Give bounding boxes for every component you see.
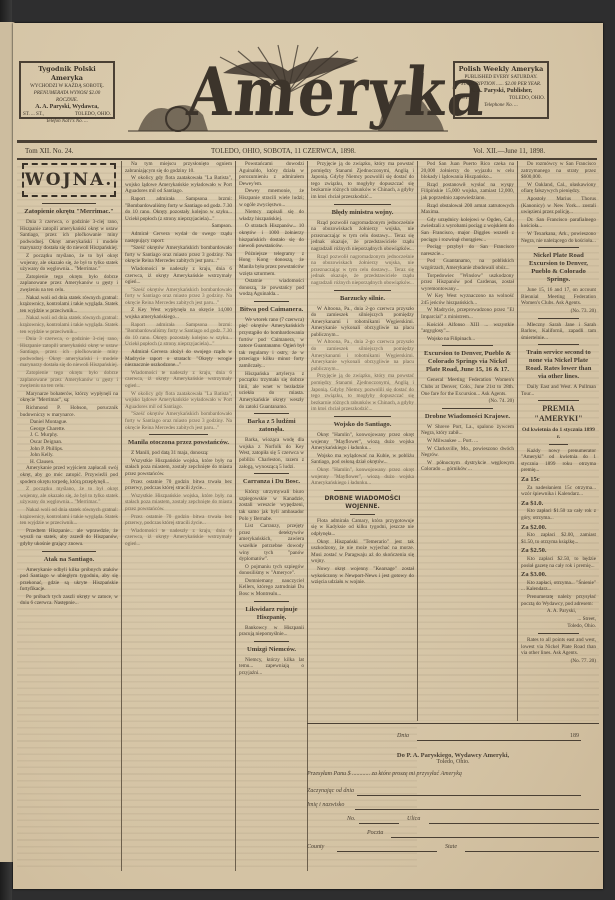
premium-closing: Prenumeratę należy przysyłać pocztą do W… <box>521 594 596 607</box>
article-paragraph: Raport admirała Sampsona brzmi: "Bombard… <box>125 196 232 222</box>
premium-price-label: Za 15c <box>521 477 596 484</box>
article-headline: Bitwa pod Caimanera. <box>239 306 304 314</box>
article-paragraph: O stratach Hiszpanów... 10 okrętów i 100… <box>239 223 304 249</box>
premium-address-city: Toledo, Ohio. <box>521 623 596 630</box>
article-paragraph: Nowy okręt wojenny "Kearsage" został wyk… <box>311 566 414 586</box>
form-number-field[interactable] <box>359 823 399 824</box>
article-paragraph: Wojsko ma wylądować na Kubie, w pobliżu … <box>311 453 414 466</box>
article-paragraph: "Sześć okrętów Amerykańskich bombardował… <box>125 411 232 431</box>
article-headline: Barzucky silnie. <box>311 295 414 303</box>
article-paragraph: Wiadomości te nadeszły z kraju, dnia 6 c… <box>125 370 232 390</box>
separator <box>254 473 290 474</box>
column-2: Na tym miejscu przysłonięto ogniem zabra… <box>121 161 235 871</box>
form-amount-line[interactable]: Przesyłam Panu $ ............ za które p… <box>307 771 599 778</box>
newspaper-title: Ameryka <box>184 52 411 133</box>
war-banner: WOJNA. <box>22 163 116 197</box>
article-headline: Manila otoczona przez powstańców. <box>125 439 232 447</box>
separator <box>334 290 391 291</box>
crew-list: Daniel Montague.George Charette.J. C. Mu… <box>20 419 118 465</box>
article-paragraph: Dnia 3 czerwca, o godzinie 3-ciej rano, … <box>20 219 118 252</box>
article-paragraph: Pod Guantanamo, na pobliskich wzgórzach,… <box>421 258 514 271</box>
publisher-phone: Telefon Nat'l's No. ... <box>23 118 111 125</box>
premium-price-text: Kto zapłaci $2.00, zamiast $1.50, to otr… <box>521 532 596 545</box>
article-paragraph: Późniejsze telegramy z Hong Kong donoszą… <box>239 251 304 277</box>
article-paragraph: Ostatnie wiadomości donoszą, że powstańc… <box>239 278 304 298</box>
publisher-street: ... ST., <box>457 95 470 102</box>
article-paragraph: Z Manili, pod datą 31 maja, donoszą: <box>125 450 232 457</box>
premium-price-label: Za $1.0. <box>521 501 596 508</box>
separator <box>334 490 391 491</box>
ad-text: Rates to all points east and west, lowes… <box>521 637 596 657</box>
article-paragraph: Pociąg przybył do San Francisco nareszci… <box>421 244 514 257</box>
article-headline: Zatopienie okrętu "Merrimac." <box>20 208 118 216</box>
column-3: Powstańcami dowodzi Aguinaldo, który dzi… <box>235 161 307 871</box>
separator <box>538 400 579 401</box>
article-paragraph: Dnia 3 czerwca, o godzinie 3-ciej rano, … <box>20 336 118 369</box>
publisher-box-line: WYCHODZI W KAŻDĄ SOBOTĘ. <box>23 83 111 90</box>
form-start-date-label: Zaczynając od dnia <box>307 788 354 794</box>
form-post-label: Poczta <box>367 830 383 836</box>
separator <box>538 344 579 345</box>
form-county-label: County <box>307 844 324 850</box>
article-paragraph: Którzy utrzymywali biuro szpiegowskie w … <box>239 489 304 522</box>
article-paragraph: Pod San Juan Puerto Rico czeka na 20,000… <box>421 161 514 181</box>
separator <box>538 318 579 319</box>
premium-price-label: Za $3.00. <box>521 572 596 579</box>
article-paragraph: Nakaż woli od dnia statek równych gratna… <box>20 507 118 527</box>
separator <box>254 413 290 414</box>
article-paragraph: Mleczny Sarah Jane i Sarah Barlow, Kalif… <box>521 322 596 342</box>
article-headline: Carranza i Du Bosc. <box>239 478 304 486</box>
ad-text: Daily East and West. A Pullman Tour... <box>521 384 596 397</box>
form-name-field[interactable] <box>355 809 599 810</box>
publisher-street: ST. ... ST., <box>23 111 44 118</box>
article-paragraph: Hiszpańska artylerya z początku trzymała… <box>239 371 304 411</box>
publisher-city: TOLEDO, OHIO. <box>75 111 111 118</box>
article-paragraph: Przyjęcie ją do związku, który ma powsta… <box>311 161 414 201</box>
article-paragraph: Domniemany nauczyciel Kellers, którego z… <box>239 578 304 598</box>
premium-price-text: Za nadesłaniem 15c otrzyma... wzór śpiew… <box>521 485 596 498</box>
article-paragraph: W północnym dystrykcie węglowym Colorado… <box>421 460 514 473</box>
premium-price-text: Kto zapłaci, otrzyma... "Śnienie" ... Ka… <box>521 580 596 593</box>
article-paragraph: Rząd postanowił wysłać na wyspy Filipińs… <box>421 182 514 202</box>
premium-price-list: Za 15cZa nadesłaniem 15c otrzyma... wzór… <box>521 477 596 593</box>
ad-headline: Train service second to none via Nickel … <box>521 349 596 381</box>
ad-reference: (No. 77. 20) <box>521 658 596 665</box>
article-paragraph: Niemcy zapisali się do władzy hiszpański… <box>239 209 304 222</box>
publisher-box-polish: Tygodnik Polski Ameryka WYCHODZI W KAŻDĄ… <box>19 61 115 119</box>
article-headline: Likwidarz rujnuje Hiszpanię. <box>239 606 304 622</box>
article-headline: DROBNE WIADOMOŚCI WOJENNE. <box>311 495 414 511</box>
article-paragraph: Do rozmówcy w San Francisco zatrzymanego… <box>521 161 596 181</box>
article-paragraph: Z początku myślano, że to był okręt woje… <box>20 486 118 506</box>
form-street-field[interactable] <box>429 823 599 824</box>
article-paragraph: Niemcy, którzy kilka lat temu... zapewni… <box>239 657 304 677</box>
article-paragraph: W Milwaukee ... Port. ... <box>421 438 514 445</box>
article-paragraph: Rząd pozwolił nagromadzonym jednocześnie… <box>311 220 414 253</box>
form-date-field[interactable] <box>417 740 581 741</box>
article-paragraph: Kościół Alfonso XIII ... wszystkie "argy… <box>421 322 514 335</box>
publisher-box-english: Polish Weekly Ameryka PUBLISHED EVERY SA… <box>453 61 549 119</box>
article-paragraph: Gdy urzędnicy kolejowi w Ogden, Cal., zw… <box>421 217 514 243</box>
separator <box>149 434 208 435</box>
separator <box>254 601 290 602</box>
premium-offer-title: PREMIA "AMERYKI" <box>521 404 596 424</box>
publisher-box-line: SUBSCRIPTION ...... $2.00 PER YEAR. <box>457 81 545 88</box>
ad-text: General Meeting Federation Women's Clubs… <box>421 377 514 397</box>
publisher-name: A. A. Paryski, Wydawca, <box>23 104 111 111</box>
article-paragraph: List Carranzy, przejęty przez detektywów… <box>239 523 304 563</box>
form-start-date-field[interactable] <box>357 795 581 796</box>
article-paragraph: Amerykanie przed wyjściem zapłacali swój… <box>20 465 118 485</box>
article-paragraph: Dr. San Francisco parafialnego kościoła.… <box>521 217 596 230</box>
premium-price-label: Za $2.00. <box>521 525 596 532</box>
premium-address-street: ... Street, <box>521 616 596 623</box>
subscription-order-form: Dnia 189 Do P. A. Paryskiego, Wydawcy Am… <box>307 723 599 884</box>
column-5: Pod San Juan Puerto Rico czeka na 20,000… <box>417 161 517 721</box>
article-paragraph: Admirał Cervera wydał do swego rządu nas… <box>125 231 232 244</box>
publisher-address: ... ST., TOLEDO, OHIO. <box>457 95 545 102</box>
ad-reference: (No. 73. 20) <box>521 308 596 315</box>
article-paragraph: Bankowcy w Hiszpanii pracują niepomyślni… <box>239 625 304 638</box>
publisher-box-title: Polish Weekly Ameryka <box>457 65 545 74</box>
publisher-name: A. A. Paryski, Publisher, <box>457 88 545 95</box>
article-paragraph: Wiadomości te nadeszły z kraju, dnia 6 c… <box>125 266 232 286</box>
volume-number-polish: Tom XII. No. 24. <box>25 144 74 158</box>
publisher-box-line: PUBLISHED EVERY SATURDAY. <box>457 74 545 81</box>
separator <box>442 345 493 346</box>
article-headline: Barka z 5 ludźmi zatonęła. <box>239 418 304 434</box>
article-paragraph: W Texarkana, Ark., powieszono Negra, nie… <box>521 231 596 244</box>
article-paragraph: Torpedowiec "Winslow" uszkodzony przez H… <box>421 273 514 293</box>
crew-member: George Charette. <box>30 426 118 433</box>
article-paragraph: Apostoły Marius Thorus (Kanonicy) w New … <box>521 196 596 216</box>
article-paragraph: Nakaż woli od dnia statek równych gratna… <box>20 295 118 315</box>
separator <box>350 514 376 515</box>
publisher-box-title: Tygodnik Polski Ameryka <box>23 65 111 83</box>
form-city: Toledo, Ohio. <box>307 759 599 765</box>
article-paragraph: W Oakland, Cal., ułaskawiony ofiarę fałs… <box>521 182 596 195</box>
separator <box>538 633 579 634</box>
ad-reference: (No. 74. 20) <box>421 398 514 405</box>
separator <box>538 247 579 248</box>
dateline: Tom XII. No. 24. TOLEDO, OHIO, SOBOTA, 1… <box>21 144 595 158</box>
article-paragraph: Flota admirała Camary, która przygotowuj… <box>311 518 414 538</box>
publisher-city: TOLEDO, OHIO. <box>509 95 545 102</box>
article-paragraph: W Altoona, Pa., dnia 2-go czerwca przysz… <box>311 306 414 339</box>
article-headline: Umizgi Niemców. <box>239 646 304 654</box>
article-paragraph: Dewey mnemonie, że Hiszpanie stracili wi… <box>239 188 304 208</box>
article-paragraph: Na tym miejscu przysłonięto ogniem zabra… <box>125 161 232 174</box>
crew-member: H. Clausen. <box>30 459 118 466</box>
publisher-box-line: PRENUMERATA WYNOSI $2.00 ROCZNIE. <box>23 90 111 104</box>
article-paragraph: Rząd pozwolił nagromadzonym jednocześnie… <box>311 254 414 287</box>
form-date-label: Dnia <box>397 733 409 739</box>
article-paragraph: Raport admirała Sampsona brzmi: "Bombard… <box>125 322 232 348</box>
article-paragraph: "Sześć okrętów Amerykańskich bombardował… <box>125 287 232 307</box>
crew-member: John P. Phillips. <box>30 446 118 453</box>
premium-price-label: Za $2.50. <box>521 548 596 555</box>
premium-address-name: A. A. Paryski, <box>521 608 596 615</box>
article-paragraph: Barka, wioząca wodę dla wojska z Norfolk… <box>239 437 304 470</box>
article-paragraph: W Madrycie, przeprowadzono przez "El Imp… <box>421 307 514 320</box>
dateline-rule <box>17 158 597 160</box>
ad-headline: Nickel Plate Road Excursion to Denver, P… <box>521 252 596 284</box>
crew-member: Daniel Montague. <box>30 419 118 426</box>
premium-price-text: Kto zapłaci $1.50 za cały rok z góry, ot… <box>521 508 596 521</box>
article-headline: Wojsko do Santiago. <box>311 421 414 429</box>
separator <box>442 408 493 409</box>
separator <box>549 444 568 445</box>
form-street-label: Ulica <box>407 816 420 822</box>
article-paragraph: Przyjęcie ją do związku, który ma powsta… <box>311 373 414 413</box>
form-name-label: Imię i nazwisko <box>307 802 344 808</box>
article-paragraph: Okręt Hiszpański "Temerario" jest tak us… <box>311 539 414 565</box>
article-paragraph: Wszystkie Hiszpańskie wojska, które były… <box>125 493 232 513</box>
publisher-phone: Telephone No. ... <box>457 102 545 109</box>
form-number-label: No. <box>347 816 356 822</box>
article-paragraph: Rząd obstalował 200 armat zatrutowych Ma… <box>421 203 514 216</box>
column-6: Do rozmówcy w San Francisco zatrzymanego… <box>517 161 599 721</box>
article-paragraph: Okręt "Hamlin", konwojowany przez okręt … <box>311 432 414 452</box>
article-paragraph: W Key West wyznaczono na wolność 245 jeń… <box>421 293 514 306</box>
article-paragraph: W okolicy gdy flota zaatakowała "La Bati… <box>125 391 232 411</box>
article-paragraph: W okolicy gdy flota zaatakowała "La Bati… <box>125 175 232 195</box>
article-paragraph: Przez ostatnie 70 godzin bitwa trwała be… <box>125 514 232 527</box>
article-paragraph: Nakaż woli od dnia statek równych gratna… <box>20 315 118 335</box>
crew-member: John Kelly. <box>30 452 118 459</box>
column-1: WOJNA. Zatopienie okrętu "Merrimac." Dni… <box>17 161 121 871</box>
form-county-field[interactable] <box>337 851 437 852</box>
article-paragraph: Powstańcami dowodzi Aguinaldo, który dzi… <box>239 161 304 187</box>
form-state-label: State <box>445 844 457 850</box>
separator <box>42 551 96 552</box>
article-paragraph: W Clarksville, Mo., powieszono dwóch Neg… <box>421 446 514 459</box>
form-year-label: 189 <box>570 733 579 739</box>
article-headline: Drobne Wiadomości Krajowe. <box>421 413 514 421</box>
crew-member: Oscar Deignan. <box>30 439 118 446</box>
masthead-rule <box>17 140 597 143</box>
separator <box>42 203 96 204</box>
article-headline: Błędy ministra wojny. <box>311 209 414 217</box>
premium-price-text: Kto zapłaci $2.50, to będzie posłał gaze… <box>521 556 596 569</box>
premium-offer-subtitle: Od kwietnia do 1 stycznia 1899 r. <box>521 427 596 440</box>
article-paragraph: Przedtem Hiszpanie... ale wprawdzie, że … <box>20 528 118 548</box>
article-paragraph: Amerykanie odbyli kilka próbnych ataków … <box>20 567 118 593</box>
newspaper-page: Tygodnik Polski Ameryka WYCHODZI W KAŻDĄ… <box>13 23 603 889</box>
article-paragraph: Zatopienie tego okrętu było dobrze zapla… <box>20 370 118 390</box>
separator <box>334 204 391 205</box>
article-paragraph: Okręt "Hamlin", konwojowany przez okręt … <box>311 467 414 487</box>
article-paragraph: W Altoona, Pa., dnia 2-go czerwca przysz… <box>311 339 414 372</box>
premium-intro: Każdy nowy prenumerator "Ameryki" od kwi… <box>521 448 596 474</box>
article-paragraph: "Sześć okrętów Amerykańskich bombardował… <box>125 245 232 265</box>
article-paragraph: Z Key West wypłynęła na okręcie 14,000 w… <box>125 307 232 320</box>
publisher-address: ST. ... ST., TOLEDO, OHIO. <box>23 111 111 118</box>
signature: Sampson. <box>125 223 232 230</box>
masthead-logo: Ameryka <box>128 43 448 135</box>
date-location: TOLEDO, OHIO, SOBOTA, 11 CZERWCA, 1898. <box>211 144 356 158</box>
ad-text: June 15, 16 and 17, on account Biennial … <box>521 287 596 307</box>
article-paragraph: Admirał Cervera złożył do swojego rządu … <box>125 349 232 369</box>
article-paragraph: O pojmaniu tych szpiegów donosiliśmy w "… <box>239 564 304 577</box>
article-paragraph: Wiadomości te nadeszły z kraju, dnia 6 c… <box>125 528 232 548</box>
volume-number-english: Vol. XII.—June 11, 1898. <box>473 144 545 158</box>
masthead: Tygodnik Polski Ameryka WYCHODZI W KAŻDĄ… <box>13 23 603 141</box>
form-addressee: Do P. A. Paryskiego, Wydawcy Ameryki, <box>307 752 599 759</box>
article-paragraph: W Shreve Port, La., spalono żywcem Negra… <box>421 424 514 437</box>
separator <box>254 301 290 302</box>
article-paragraph: Z początku myślano, że to był okręt woje… <box>20 253 118 273</box>
separator <box>334 416 391 417</box>
form-post-field[interactable] <box>391 837 599 838</box>
article-paragraph: We wtorek rano (7 czerwca) pięć okrętów … <box>239 317 304 370</box>
separator <box>254 641 290 642</box>
article-paragraph: Po próbach tych zaszli okręty w zatoce, … <box>20 594 118 607</box>
crew-lead: Richmond P. Hobson, porucznik budowniczy… <box>20 405 118 418</box>
article-paragraph: Wojsko na Filipinach... <box>421 336 514 343</box>
crew-intro: Marynarze bohaterów, którzy wypłynęli na… <box>20 391 118 404</box>
article-paragraph: Zatopienie tego okrętu było dobrze zapla… <box>20 274 118 294</box>
article-paragraph: Wszystkie Hiszpańskie wojska, które były… <box>125 458 232 478</box>
crew-member: J. C. Murphy. <box>30 432 118 439</box>
form-state-field[interactable] <box>465 851 599 852</box>
article-paragraph: Przez ostatnie 70 godzin bitwa trwała be… <box>125 479 232 492</box>
ad-headline: Excursion to Denver, Pueblo & Colorado S… <box>421 350 514 374</box>
article-headline: Atak na Santiago. <box>20 556 118 564</box>
